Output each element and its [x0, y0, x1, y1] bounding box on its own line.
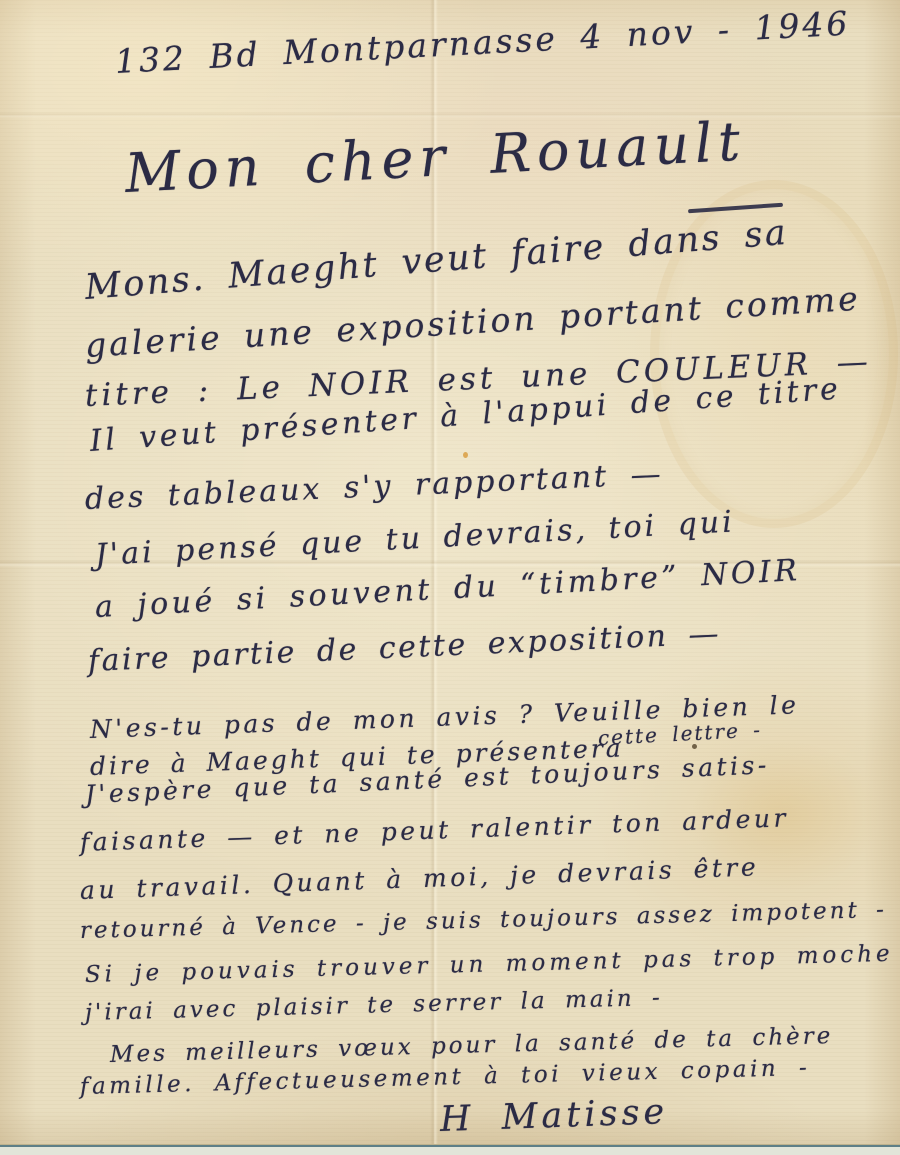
body-line-15: Si je pouvais trouver un moment pas trop…: [85, 941, 894, 988]
body-line-8: faire partie de cette exposition —: [87, 616, 721, 679]
body-line-5: des tableaux s'y rapportant —: [84, 457, 664, 517]
signature: H Matisse: [439, 1092, 669, 1140]
body-line-13: au travail. Quant à moi, je devrais être: [79, 852, 759, 905]
scan-bottom-edge: [0, 1144, 900, 1155]
orange-speck: [463, 452, 468, 458]
salutation-flourish-stroke: [688, 203, 783, 213]
address-date-line: 132 Bd Montparnasse 4 nov - 1946: [114, 3, 851, 80]
body-line-14: retourné à Vence - je suis toujours asse…: [80, 897, 888, 944]
horizontal-fold-crease-top: [0, 112, 900, 118]
letter-paper: 132 Bd Montparnasse 4 nov - 1946 Mon che…: [0, 0, 900, 1155]
body-line-16: j'irai avec plaisir te serrer la main -: [85, 985, 663, 1026]
